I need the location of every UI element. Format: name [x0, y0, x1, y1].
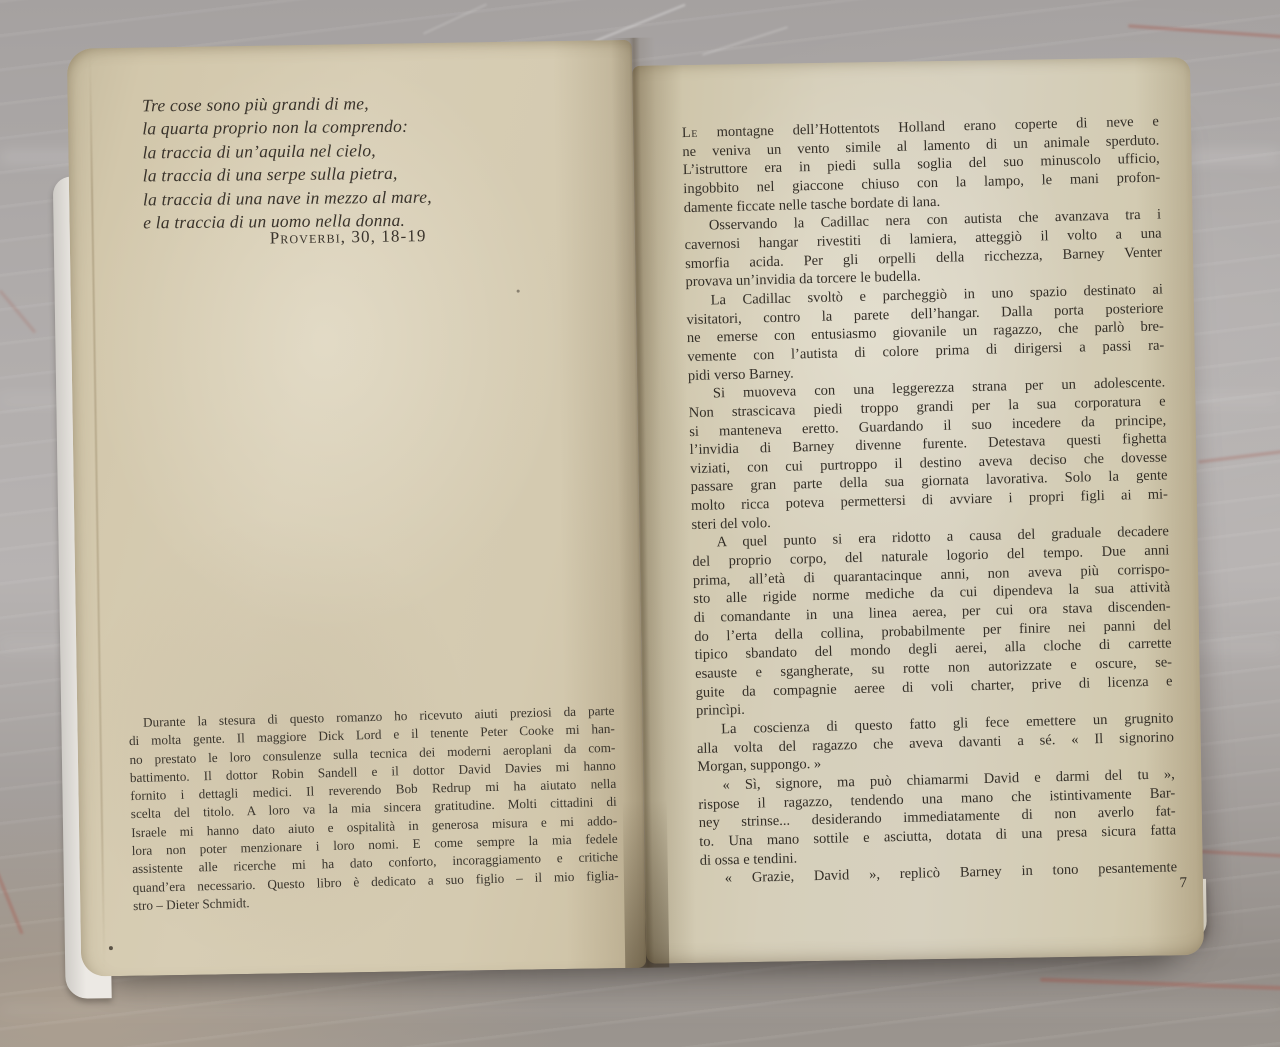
small-caps-lead: Le — [682, 125, 698, 141]
left-page: Tre cose sono più grandi di me,la quarta… — [67, 40, 647, 977]
epigraph: Tre cose sono più grandi di me,la quarta… — [142, 91, 523, 235]
marble-light-band — [0, 1005, 1280, 1015]
epigraph-attribution: Proverbi, 30, 18-19 — [270, 226, 427, 248]
acknowledgments-paragraph: Durante la stesura di questo romanzo ho … — [128, 702, 619, 915]
page-number: 7 — [1157, 875, 1187, 893]
paper-speck — [517, 290, 520, 293]
photo-of-open-book: { "book": { "left_page": { "epigraph_lin… — [0, 0, 1280, 1047]
right-page: Le montagne dell’Hottentots Holland eran… — [632, 57, 1204, 964]
chapter-body-text: Le montagne dell’Hottentots Holland eran… — [682, 113, 1178, 889]
page-crease — [89, 54, 105, 968]
paper-speck — [109, 946, 113, 950]
book: Tre cose sono più grandi di me,la quarta… — [43, 19, 1208, 987]
